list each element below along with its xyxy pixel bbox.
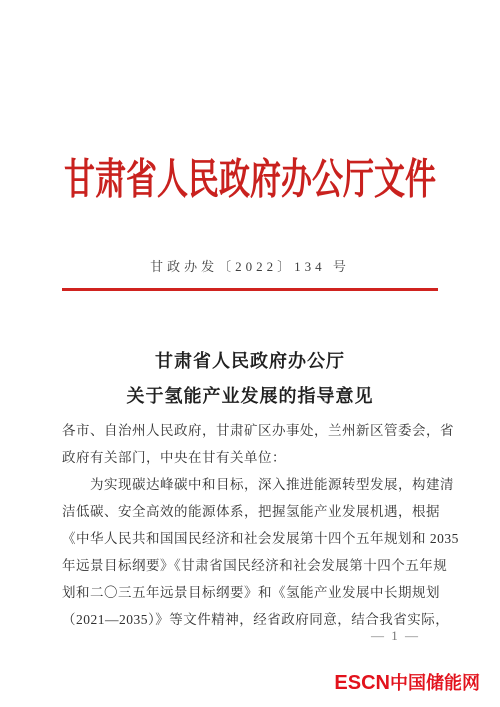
letterhead-title: 甘肃省人民政府办公厅文件 xyxy=(0,150,500,210)
escn-watermark-latin: ESCN xyxy=(334,672,390,694)
escn-watermark-logo: ESCN中国储能网 xyxy=(334,669,480,695)
body-line: 洁低碳、安全高效的能源体系，把握氢能产业发展机遇，根据 xyxy=(62,498,438,525)
body-line: 年远景目标纲要》《甘肃省国民经济和社会发展第十四个五年规 xyxy=(62,552,438,579)
body-line: 《中华人民共和国国民经济和社会发展第十四个五年规划和 2035 xyxy=(62,525,438,552)
letterhead-title-text: 甘肃省人民政府办公厅文件 xyxy=(64,140,436,221)
document-title: 甘肃省人民政府办公厅 关于氢能产业发展的指导意见 xyxy=(0,344,500,414)
document-title-line1: 甘肃省人民政府办公厅 xyxy=(0,344,500,379)
page-number: — 1 — xyxy=(371,628,420,644)
body-line: 政府有关部门，中央在甘有关单位： xyxy=(62,444,438,471)
body-line: 划和二〇三五年远景目标纲要》和《氢能产业发展中长期规划 xyxy=(62,579,438,606)
document-body: 各市、自治州人民政府，甘肃矿区办事处，兰州新区管委会，省 政府有关部门，中央在甘… xyxy=(62,417,438,633)
body-line: 为实现碳达峰碳中和目标，深入推进能源转型发展，构建清 xyxy=(62,471,438,498)
red-divider-rule xyxy=(62,288,438,291)
escn-watermark-chinese: 中国储能网 xyxy=(390,673,480,693)
document-page: 甘肃省人民政府办公厅文件 甘政办发〔2022〕134 号 甘肃省人民政府办公厅 … xyxy=(0,0,500,707)
body-line: 各市、自治州人民政府，甘肃矿区办事处，兰州新区管委会，省 xyxy=(62,417,438,444)
document-number: 甘政办发〔2022〕134 号 xyxy=(0,256,500,275)
document-title-line2: 关于氢能产业发展的指导意见 xyxy=(0,379,500,414)
